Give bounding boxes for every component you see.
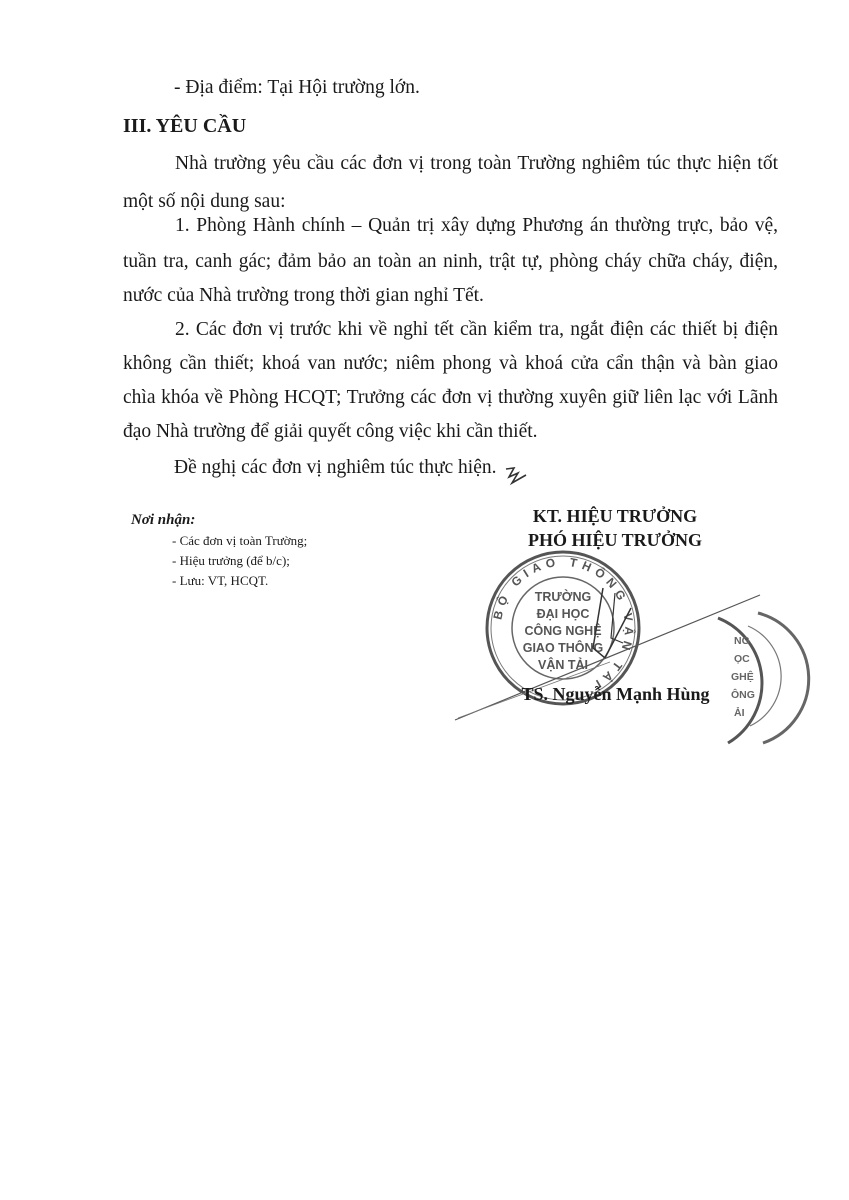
intro-line-2: một số nội dung sau: (123, 190, 286, 214)
item2-line-2: không cần thiết; khoá van nước; niêm pho… (123, 352, 778, 376)
svg-text:GHỆ: GHỆ (731, 670, 754, 683)
item1-line-3: nước của Nhà trường trong thời gian nghỉ… (123, 284, 484, 308)
item1-line-1: 1. Phòng Hành chính – Quản trị xây dựng … (175, 214, 778, 238)
recipient-item: - Lưu: VT, HCQT. (172, 573, 268, 589)
intro-line-1: Nhà trường yêu cầu các đơn vị trong toàn… (175, 152, 778, 176)
item1-line-2: tuần tra, canh gác; đảm bảo an toàn an n… (123, 250, 778, 274)
signature-title-1: KT. HIỆU TRƯỞNG (520, 506, 710, 527)
signer-name: TS. Nguyễn Mạnh Hùng (508, 684, 723, 705)
svg-text:ÔNG: ÔNG (731, 688, 755, 701)
svg-text:NG: NG (734, 635, 750, 647)
partial-stamp-icon: NG ỌC GHỆ ÔNG ẢI (728, 608, 818, 748)
location-line: - Địa điểm: Tại Hội trường lớn. (174, 76, 420, 100)
recipient-item: - Các đơn vị toàn Trường; (172, 533, 307, 549)
item2-line-4: đạo Nhà trường để giải quyết công việc k… (123, 420, 538, 444)
recipients-title: Nơi nhận: (131, 512, 195, 529)
item2-line-3: chìa khóa về Phòng HCQT; Trưởng các đơn … (123, 386, 778, 410)
item2-line-1: 2. Các đơn vị trước khi về nghỉ tết cần … (175, 318, 778, 342)
section-heading: III. YÊU CẦU (123, 114, 246, 138)
closing-line: Đề nghị các đơn vị nghiêm túc thực hiện. (174, 456, 497, 480)
svg-text:ỌC: ỌC (734, 653, 750, 665)
recipient-item: - Hiệu trưởng (để b/c); (172, 553, 290, 569)
svg-text:ẢI: ẢI (734, 706, 745, 719)
initials-mark-icon (500, 465, 530, 487)
